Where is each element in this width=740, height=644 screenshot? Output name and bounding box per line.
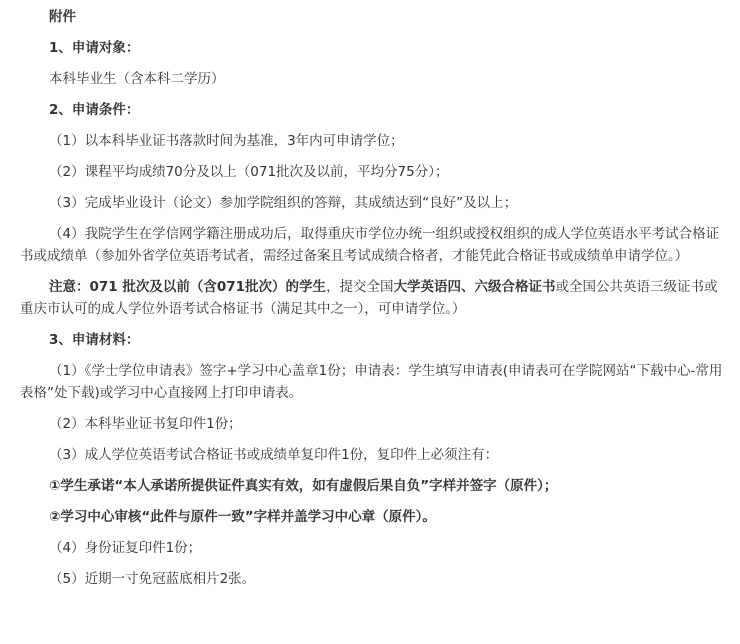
notice-paragraph: 注意：071 批次及以前（含071批次）的学生，提交全国大学英语四、六级合格证书…: [20, 269, 726, 322]
notice-bold-cet: 大学英语四、六级合格证书: [394, 279, 556, 295]
condition-item-3: （3）完成毕业设计（论文）参加学院组织的答辩，其成绩达到“良好”及以上；: [20, 185, 726, 216]
condition-item-1: （1）以本科毕业证书落款时间为基准，3年内可申请学位；: [20, 123, 726, 154]
material-item-5: （5）近期一寸免冠蓝底相片2张。: [20, 561, 726, 592]
material-item-1: （1）《学士学位申请表》签字+学习中心盖章1份；申请表：学生填写申请表(申请表可…: [20, 353, 726, 406]
requirement-center-stamp: ②学习中心审核“此件与原件一致”字样并盖学习中心章（原件）。: [20, 499, 726, 530]
material-item-4: （4）身份证复印件1份；: [20, 530, 726, 561]
section-heading-conditions: 2、申请条件：: [20, 92, 726, 123]
document-title: 附件: [20, 0, 726, 30]
condition-item-4: （4）我院学生在学信网学籍注册成功后，取得重庆市学位办统一组织或授权组织的成人学…: [20, 216, 726, 269]
notice-text-1: ，提交全国: [326, 279, 394, 295]
document-body: 附件 1、申请对象： 本科毕业生（含本科二学历） 2、申请条件： （1）以本科毕…: [0, 0, 740, 592]
applicants-text: 本科毕业生（含本科二学历）: [20, 61, 726, 92]
material-item-2: （2）本科毕业证书复印件1份；: [20, 406, 726, 437]
section-heading-applicants: 1、申请对象：: [20, 30, 726, 61]
section-heading-materials: 3、申请材料：: [20, 322, 726, 353]
notice-label: 注意：071 批次及以前（含071批次）的学生: [49, 279, 326, 295]
requirement-student-pledge: ①学生承诺“本人承诺所提供证件真实有效，如有虚假后果自负”字样并签字（原件）；: [20, 468, 726, 499]
condition-item-2: （2）课程平均成绩70分及以上（071批次及以前，平均分75分）；: [20, 154, 726, 185]
material-item-3: （3）成人学位英语考试合格证书或成绩单复印件1份，复印件上必须注有：: [20, 437, 726, 468]
